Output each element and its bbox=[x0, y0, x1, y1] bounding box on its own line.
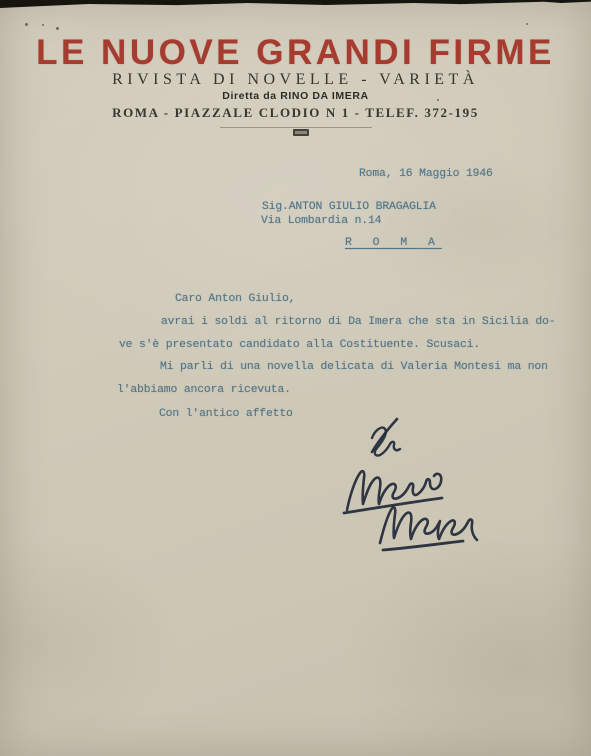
pencil-speck bbox=[56, 27, 59, 30]
divider-ornament bbox=[293, 129, 309, 136]
handwritten-signature bbox=[325, 410, 500, 560]
recipient-street: Via Lombardia n.14 bbox=[261, 214, 381, 228]
letterhead-director-line: Diretta da RINO DA IMERA bbox=[0, 90, 591, 102]
dateline: Roma, 16 Maggio 1946 bbox=[359, 167, 493, 181]
body-line: avrai i soldi al ritorno di Da Imera che… bbox=[161, 315, 555, 329]
divider-rule bbox=[220, 127, 372, 128]
salutation: Caro Anton Giulio, bbox=[175, 292, 295, 306]
closing-line: Con l'antico affetto bbox=[159, 407, 293, 421]
pencil-speck bbox=[25, 23, 28, 26]
body-line: l'abbiamo ancora ricevuta. bbox=[117, 383, 291, 397]
body-line: ve s'è presentato candidato alla Costitu… bbox=[119, 338, 480, 352]
recipient-name: Sig.ANTON GIULIO BRAGAGLIA bbox=[262, 200, 436, 214]
letterhead-address-line: ROMA - PIAZZALE CLODIO N 1 - TELEF. 372-… bbox=[0, 105, 591, 121]
letterhead-title: LE NUOVE GRANDI FIRME bbox=[0, 33, 591, 73]
pencil-speck bbox=[42, 24, 44, 26]
body-line: Mi parli di una novella delicata di Vale… bbox=[160, 360, 548, 374]
recipient-city: R O M A bbox=[345, 236, 442, 250]
letter-scan-page: LE NUOVE GRANDI FIRME RIVISTA DI NOVELLE… bbox=[0, 0, 591, 756]
pencil-speck bbox=[526, 23, 528, 25]
letterhead-subtitle: RIVISTA DI NOVELLE - VARIETÀ bbox=[0, 71, 591, 89]
scan-edge-top bbox=[0, 0, 591, 8]
